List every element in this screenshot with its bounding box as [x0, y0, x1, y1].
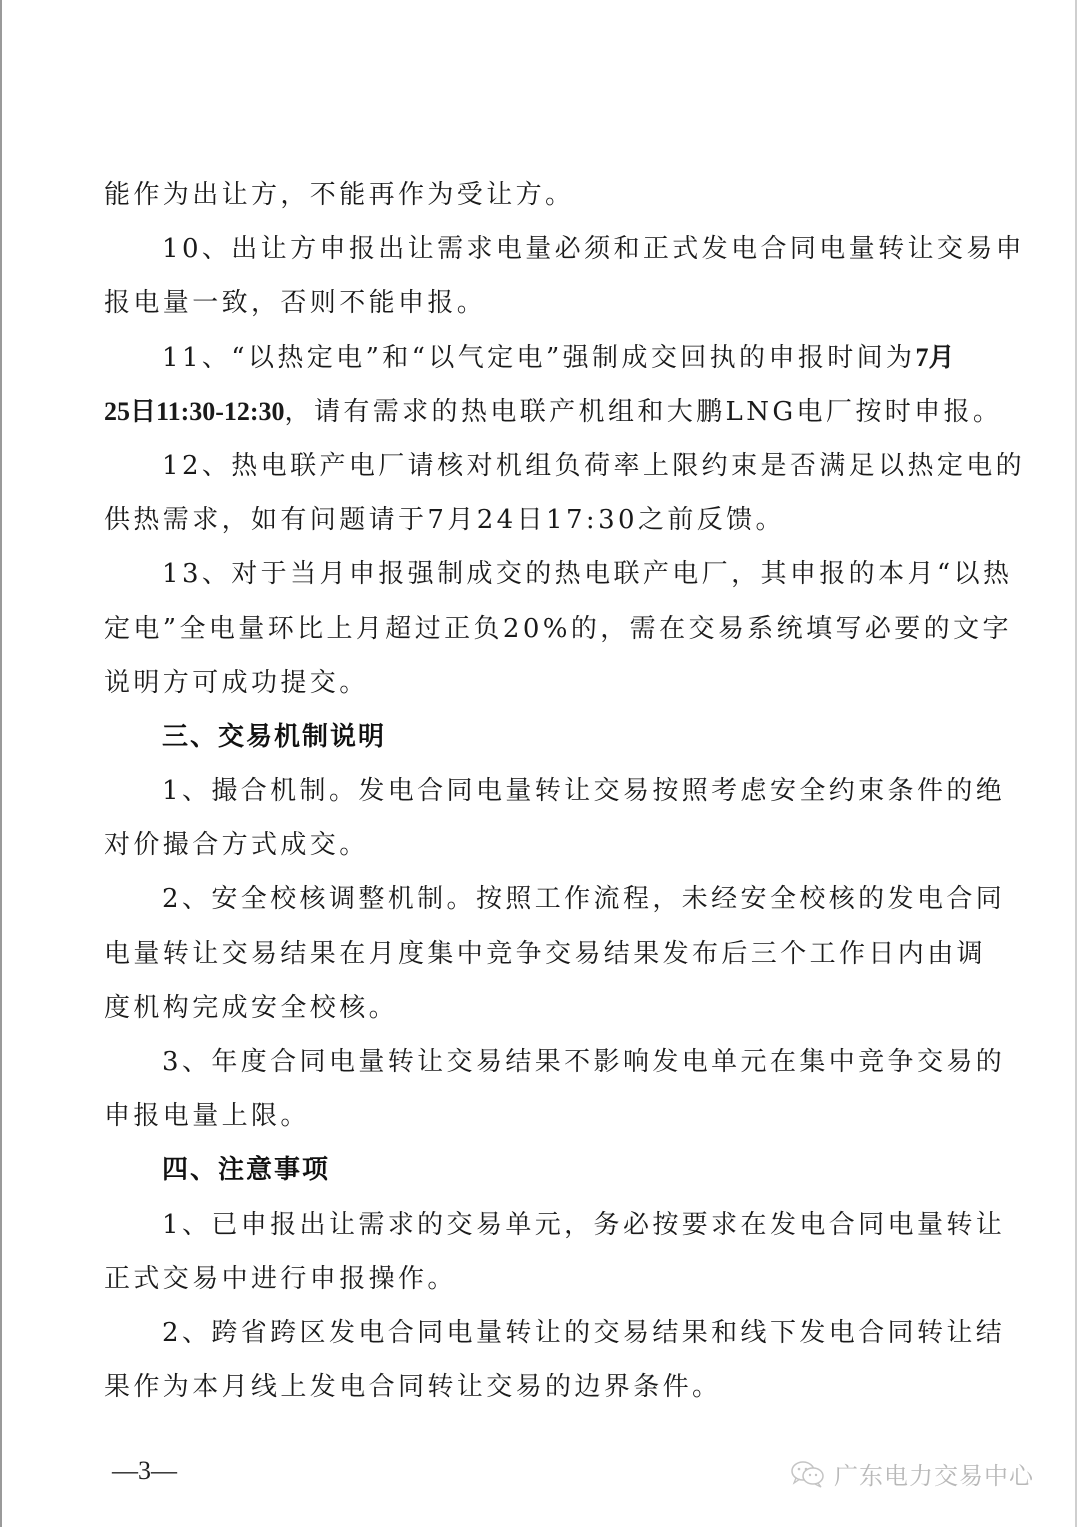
item-12-line-1: 12、热电联产电厂请核对机组负荷率上限约束是否满足以热定电的	[104, 439, 974, 493]
item-11-bold-time: 25日11:30-12:30	[104, 397, 285, 426]
section-heading-3: 三、交易机制说明	[104, 710, 974, 764]
item-12-line-2: 供热需求，如有问题请于7月24日17:30之前反馈。	[104, 493, 974, 547]
mechanism-1-line-1: 1、撮合机制。发电合同电量转让交易按照考虑安全约束条件的绝	[104, 764, 974, 818]
item-10-line-1: 10、出让方申报出让需求电量必须和正式发电合同电量转让交易申	[104, 222, 974, 276]
notice-2-line-2: 果作为本月线上发电合同转让交易的边界条件。	[104, 1360, 974, 1414]
notice-1-line-2: 正式交易中进行申报操作。	[104, 1252, 974, 1306]
document-body: 能作为出让方，不能再作为受让方。 10、出让方申报出让需求电量必须和正式发电合同…	[104, 168, 974, 1414]
mechanism-2-line-2: 电量转让交易结果在月度集中竞争交易结果发布后三个工作日内由调	[104, 927, 974, 981]
item-13-line-1: 13、对于当月申报强制成交的热电联产电厂，其申报的本月“以热	[104, 547, 974, 601]
mechanism-3-line-2: 申报电量上限。	[104, 1089, 974, 1143]
page-edge-left	[0, 0, 2, 1527]
item-11-line-1: 11、“以热定电”和“以气定电”强制成交回执的申报时间为7月	[104, 331, 974, 385]
section-heading-4: 四、注意事项	[104, 1143, 974, 1197]
mechanism-2-line-1: 2、安全校核调整机制。按照工作流程，未经安全校核的发电合同	[104, 872, 974, 926]
item-11-line-2: 25日11:30-12:30，请有需求的热电联产机组和大鹏LNG电厂按时申报。	[104, 385, 974, 439]
document-page: 能作为出让方，不能再作为受让方。 10、出让方申报出让需求电量必须和正式发电合同…	[0, 0, 1080, 1527]
item-13-line-2: 定电”全电量环比上月超过正负20%的，需在交易系统填写必要的文字	[104, 602, 974, 656]
source-watermark: 广东电力交易中心	[790, 1456, 1034, 1491]
notice-2-line-1: 2、跨省跨区发电合同电量转让的交易结果和线下发电合同转让结	[104, 1306, 974, 1360]
mechanism-1-line-2: 对价撮合方式成交。	[104, 818, 974, 872]
page-number: —3—	[112, 1456, 177, 1486]
watermark-text: 广东电力交易中心	[834, 1456, 1034, 1491]
mechanism-2-line-3: 度机构完成安全校核。	[104, 981, 974, 1035]
item-11-bold-date: 7月	[915, 343, 954, 372]
item-11-text: 11、“以热定电”和“以气定电”强制成交回执的申报时间为	[162, 343, 915, 373]
text-line: 能作为出让方，不能再作为受让方。	[104, 168, 974, 222]
wechat-icon	[790, 1459, 826, 1489]
page-edge-right	[1075, 0, 1077, 1527]
item-11-text-2: ，请有需求的热电联产机组和大鹏LNG电厂按时申报。	[285, 397, 1003, 427]
item-10-line-2: 报电量一致，否则不能申报。	[104, 276, 974, 330]
item-13-line-3: 说明方可成功提交。	[104, 656, 974, 710]
mechanism-3-line-1: 3、年度合同电量转让交易结果不影响发电单元在集中竞争交易的	[104, 1035, 974, 1089]
notice-1-line-1: 1、已申报出让需求的交易单元，务必按要求在发电合同电量转让	[104, 1198, 974, 1252]
